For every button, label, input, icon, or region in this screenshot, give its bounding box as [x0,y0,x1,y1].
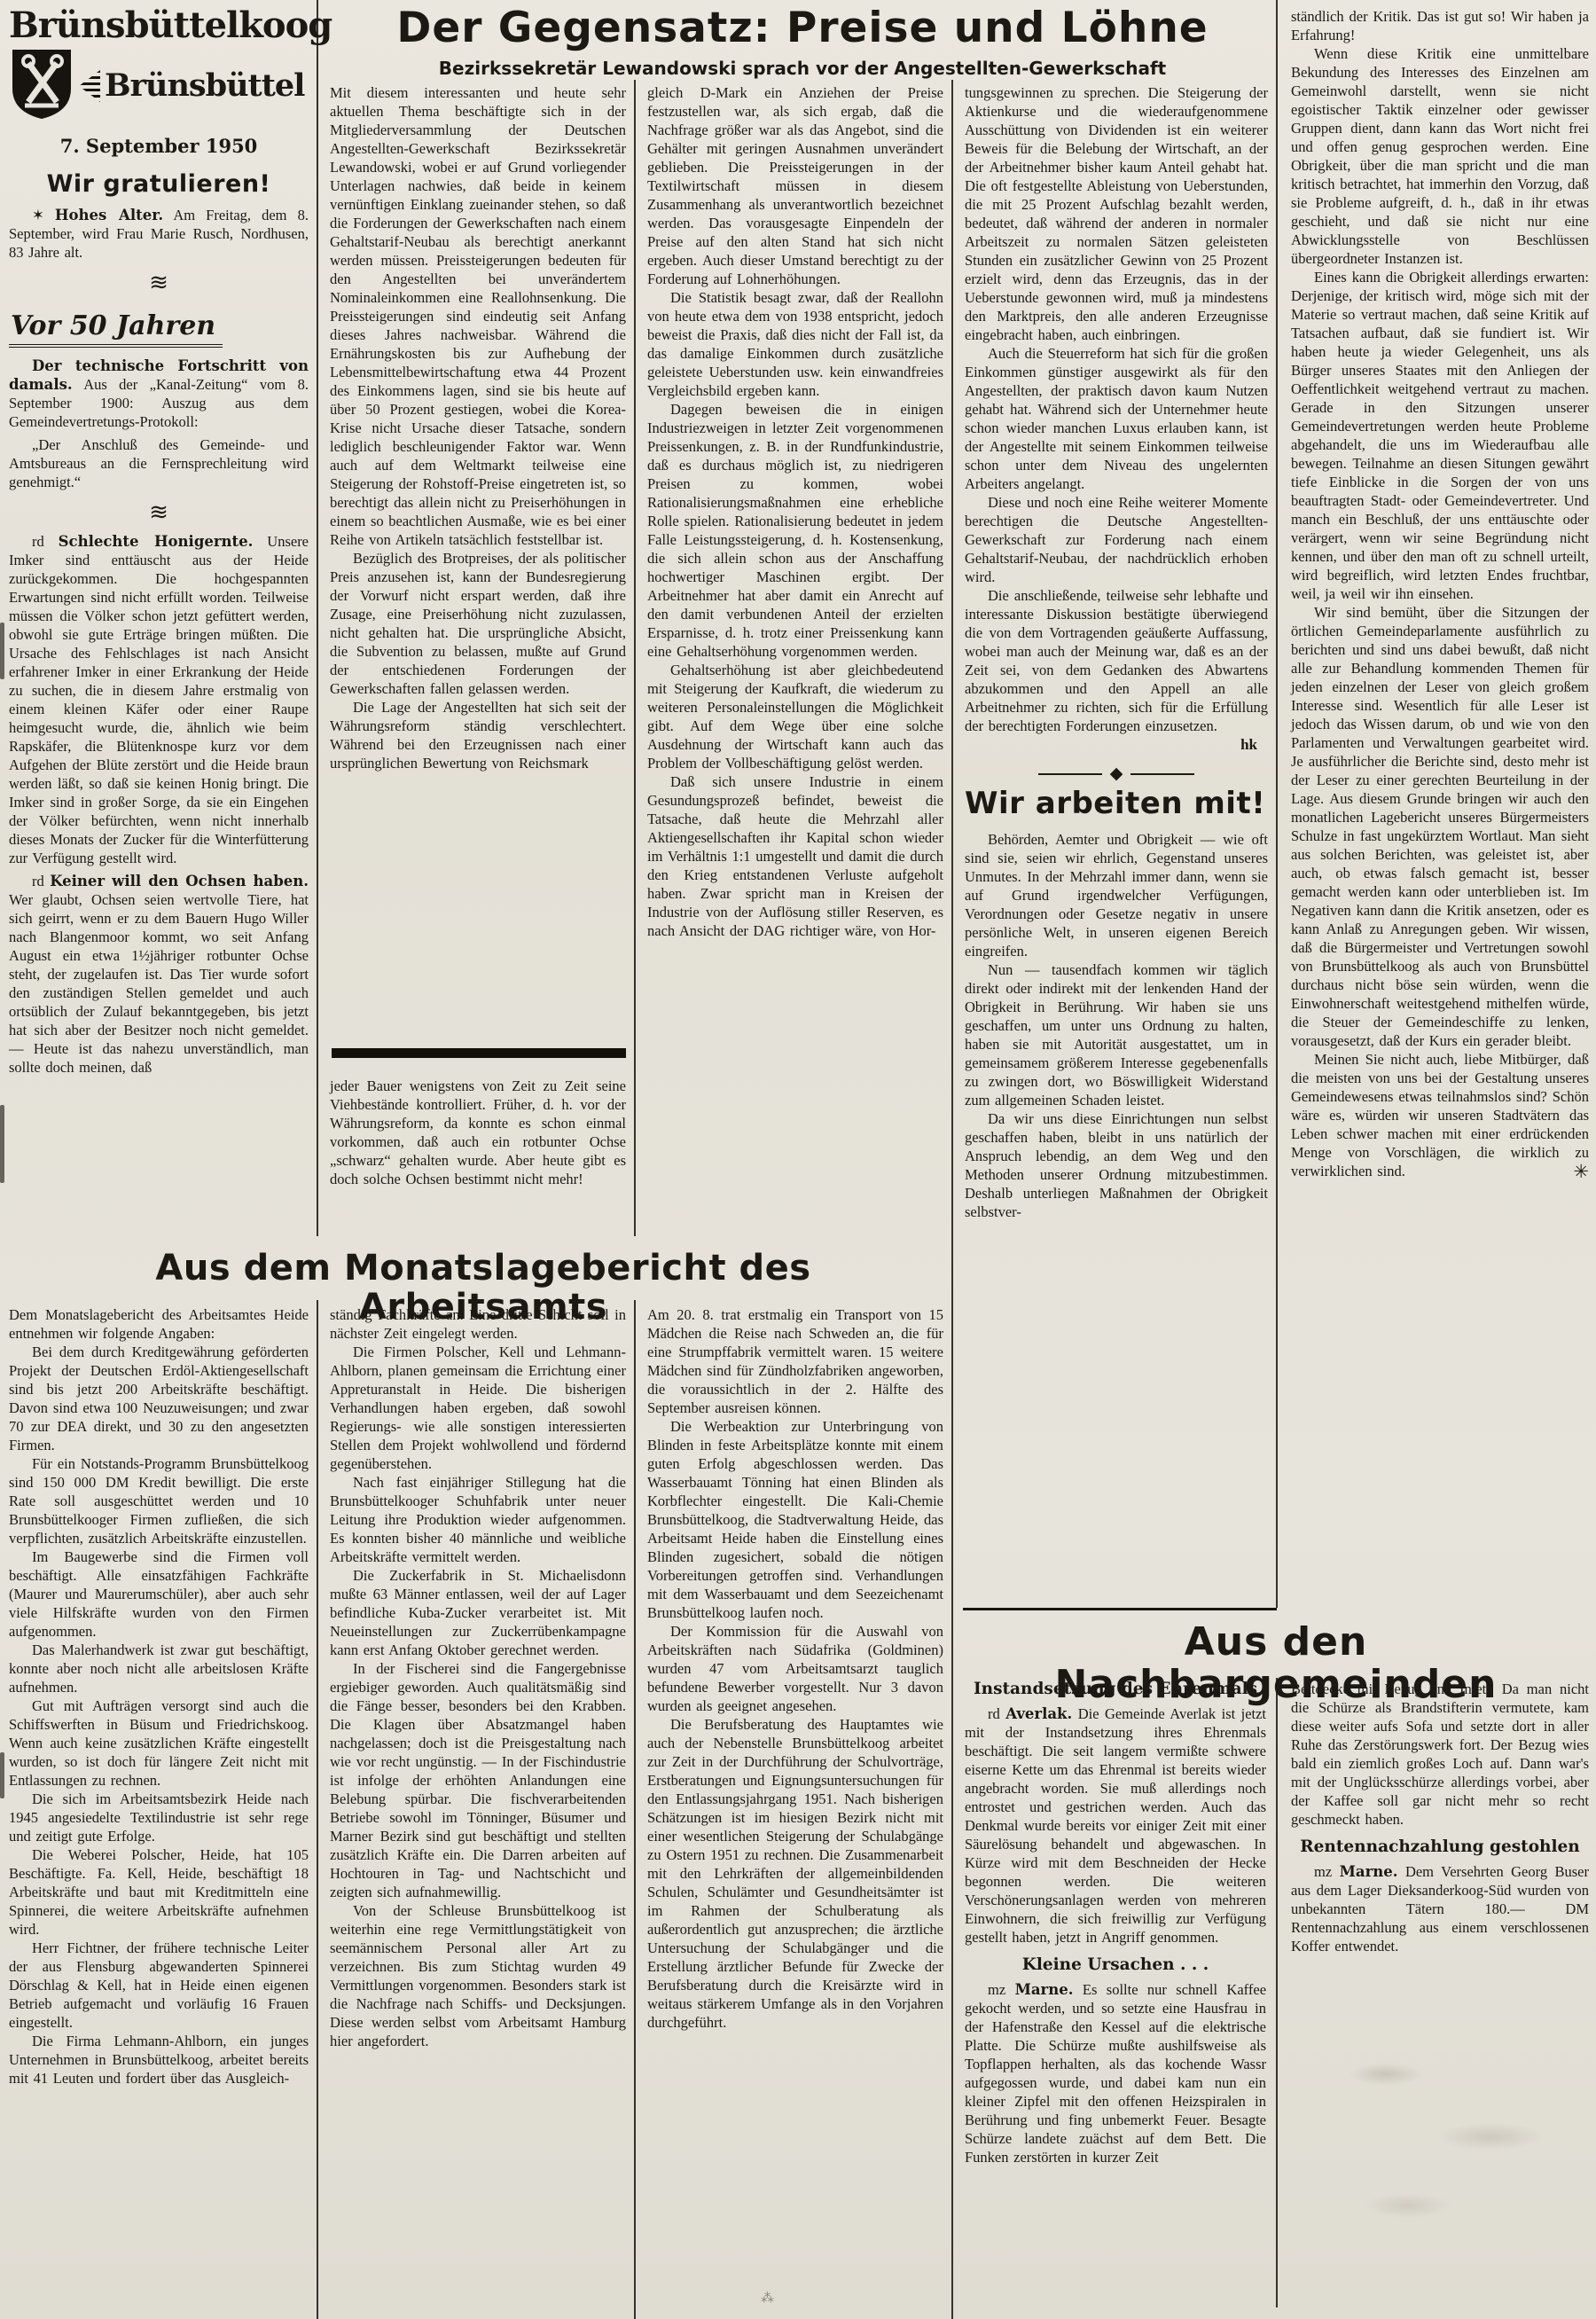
article-paragraph: Herr Fichtner, der frühere technische Le… [9,1939,309,2032]
item-lead: Hohes Alter. [55,207,163,223]
article-paragraph: Am 20. 8. trat erstmalig ein Transport v… [647,1305,943,1417]
article-paragraph: Die Statistik besagt zwar, daß der Reall… [647,288,943,400]
article-paragraph: Nach fast einjähriger Stillegung hat die… [330,1473,626,1566]
wavy-divider-icon: ≋ [9,498,309,527]
paragraph-text: Meinen Sie nicht auch, liebe Mitbürger, … [1291,1051,1589,1179]
scan-artifact [0,1105,4,1183]
star-icon: ✶ [32,207,44,223]
correspondent-code: mz [988,1981,1005,1998]
item-text: Wer glaubt, Ochsen seien wertvolle Tiere… [9,891,309,1076]
article-paragraph: Die Lage der Angestellten hat sich seit … [330,698,626,772]
correspondent-code: mz [1314,1863,1332,1880]
news-item: Der technische Fortschritt von damals. A… [9,356,309,431]
correspondent-code: rd [32,873,44,889]
column-divider [634,1300,636,2319]
article-paragraph: Die Zuckerfabrik in St. Michaelisdonn mu… [330,1566,626,1659]
article-paragraph: Gehaltserhöhung ist aber gleichbedeutend… [647,661,943,772]
article-paragraph: Der Kommission für die Auswahl von Arbei… [647,1622,943,1715]
section-heading-gratulieren: Wir gratulieren! [9,170,309,199]
end-star-icon: ✳ [1550,1163,1589,1181]
news-item: mz Marne. Es sollte nur schnell Kaffee g… [965,1980,1266,2166]
print-ghosting [1303,2040,1578,2270]
article-paragraph: Gut mit Aufträgen versorgt sind auch die… [9,1696,309,1790]
article-paragraph: Wir sind bemüht, über die Sitzungen der … [1291,603,1589,1050]
article-paragraph: Dagegen beweisen die in einigen Industri… [647,400,943,661]
news-subhead: Kleine Ursachen . . . [965,1955,1266,1975]
article-paragraph: Die Berufsberatung des Hauptamtes wie au… [647,1715,943,2032]
correspondent-code: rd [32,533,44,550]
article-paragraph: Die Firmen Polscher, Kell und Lehmann-Ah… [330,1343,626,1473]
article-paragraph: tungsgewinnen zu sprechen. Die Steigerun… [965,83,1268,344]
news-item: rd Keiner will den Ochsen haben. Wer gla… [9,872,309,1077]
item-lead: Averlak. [1005,1705,1072,1722]
news-item: ✶ Hohes Alter. Am Freitag, dem 8. Septem… [9,206,309,262]
item-lead: Marne. [1340,1863,1398,1880]
article-paragraph: Meinen Sie nicht auch, liebe Mitbürger, … [1291,1050,1589,1180]
article-paragraph: Diese und noch eine Reihe weiterer Momen… [965,493,1268,586]
column-divider [951,80,953,2319]
news-item: „Der Anschluß des Gemeinde- und Amtsbure… [9,435,309,491]
article-paragraph: gleich D-Mark ein Anziehen der Preise fe… [647,83,943,288]
news-item: rd Averlak. Die Gemeinde Averlak ist jet… [965,1704,1266,1947]
article-paragraph: Wenn diese Kritik eine unmittelbare Beku… [1291,44,1589,268]
section-heading-wir-arbeiten-mit: Wir arbeiten mit! [965,786,1268,821]
news-subhead: Instandsetzung des Ehrenmals [965,1680,1266,1699]
article-paragraph: Da wir uns diese Einrichtungen nun selbs… [965,1109,1268,1221]
main-subhead: Bezirkssekretär Lewandowski sprach vor d… [330,58,1275,79]
item-lead: Marne. [1015,1981,1074,1998]
nachbargemeinden-column: Instandsetzung des Ehrenmals rd Averlak.… [965,1680,1266,2166]
nachbargemeinden-column: Bettdecke mit Bezug und Inlett. Da man n… [1291,1680,1589,1955]
arbeitsamt-column: Am 20. 8. trat erstmalig ein Transport v… [647,1305,943,2032]
scan-artifact [0,623,4,679]
item-text: Die Gemeinde Averlak ist jetzt mit der I… [965,1705,1266,1946]
item-text: Dem Versehrten Georg Buser aus dem Lager… [1291,1863,1589,1955]
news-item: mz Marne. Dem Versehrten Georg Buser aus… [1291,1862,1589,1955]
town-crest-icon [9,47,74,126]
article-paragraph: jeder Bauer wenigstens von Zeit zu Zeit … [330,1077,626,1188]
article-paragraph: Die Firma Lehmann-Ahlborn, ein junges Un… [9,2032,309,2088]
news-item: Bettdecke mit Bezug und Inlett. Da man n… [1291,1680,1589,1829]
column-divider [634,80,636,1236]
article-column: tungsgewinnen zu sprechen. Die Steigerun… [965,83,1268,1221]
column-divider [1276,1678,1278,2307]
article-paragraph: Bezüglich des Brotpreises, der als polit… [330,549,626,698]
article-paragraph: Im Baugewerbe sind die Firmen voll besch… [9,1547,309,1641]
arbeitsamt-column: ständig Fachkräfte an. Eine dritte Schic… [330,1305,626,2050]
article-paragraph: Die sich im Arbeitsamtsbezirk Heide nach… [9,1790,309,1845]
article-paragraph: ständlich der Kritik. Das ist gut so! Wi… [1291,7,1589,44]
main-article-header: Der Gegensatz: Preise und Löhne Bezirkss… [330,5,1275,79]
section-heading-vor50jahren: Vor 50 Jahren [9,311,223,348]
arbeitsamt-column: Dem Monatslagebericht des Arbeitsamtes H… [9,1305,309,2088]
article-paragraph: Nun — tausendfach kommen wir täglich dir… [965,960,1268,1109]
editorial-column: ständlich der Kritik. Das ist gut so! Wi… [1291,7,1589,1181]
column-divider [1276,0,1278,1608]
column-divider [317,1300,318,2319]
printers-ornament-icon: ⁂ [761,2290,774,2307]
masthead-row: Brünsbüttel [9,48,309,124]
masthead-subtitle: Brünsbüttel [105,68,304,104]
article-paragraph: ständig Fachkräfte an. Eine dritte Schic… [330,1305,626,1343]
issue-date: 7. September 1950 [9,135,309,158]
article-paragraph: Behörden, Aemter und Obrigkeit — wie oft… [965,830,1268,960]
wavy-divider-icon: ≋ [9,269,309,297]
article-paragraph: Die Weberei Polscher, Heide, hat 105 Bes… [9,1845,309,1939]
masthead-title: Brünsbüttelkoog [9,5,309,46]
article-paragraph: Mit diesem interessanten und heute sehr … [330,83,626,549]
article-paragraph: Für ein Notstands-Programm Brunsbüttelko… [9,1454,309,1547]
news-subhead: Rentennachzahlung gestohlen [1291,1837,1589,1857]
article-paragraph: Das Malerhandwerk ist zwar gut beschäfti… [9,1641,309,1696]
main-headline: Der Gegensatz: Preise und Löhne [330,5,1275,51]
article-paragraph: Von der Schleuse Brunsbüttelkoog ist wei… [330,1901,626,2050]
section-cutoff-bar [332,1048,626,1058]
article-paragraph: Auch die Steuerreform hat sich für die g… [965,344,1268,493]
section-rule [963,1608,1277,1610]
column-divider [317,0,318,1236]
article-column: Mit diesem interessanten und heute sehr … [330,83,626,772]
newspaper-page: Brünsbüttelkoog Brünsbüttel 7. September… [0,0,1596,2319]
article-paragraph: Die Werbeaktion zur Unterbringung von Bl… [647,1417,943,1622]
article-paragraph: Dem Monatslagebericht des Arbeitsamtes H… [9,1305,309,1343]
item-text: Es sollte nur schnell Kaffee gekocht wer… [965,1981,1266,2166]
article-paragraph: Eines kann die Obrigkeit allerdings erwa… [1291,268,1589,603]
item-lead: Schlechte Honigernte. [59,533,254,550]
item-text: Unsere Imker sind enttäuscht aus der Hei… [9,533,309,866]
article-paragraph: Die anschließende, teilweise sehr lebhaf… [965,586,1268,735]
flourish-icon [79,70,100,102]
ochsen-continuation: jeder Bauer wenigstens von Zeit zu Zeit … [330,1077,626,1188]
news-item: rd Schlechte Honigernte. Unsere Imker si… [9,532,309,867]
article-paragraph: In der Fischerei sind die Fangergebnisse… [330,1659,626,1901]
article-paragraph: Daß sich unsere Industrie in einem Gesun… [647,772,943,940]
correspondent-code: rd [988,1705,1000,1722]
diamond-divider-icon: ◆ [965,765,1268,782]
scan-artifact [0,1752,4,1798]
item-lead: Keiner will den Ochsen haben. [50,873,309,889]
local-column: Brünsbüttelkoog Brünsbüttel 7. September… [9,5,309,1077]
article-column: gleich D-Mark ein Anziehen der Preise fe… [647,83,943,940]
article-paragraph: Bei dem durch Kreditgewährung geförderte… [9,1343,309,1454]
author-signature: hk [965,735,1268,755]
